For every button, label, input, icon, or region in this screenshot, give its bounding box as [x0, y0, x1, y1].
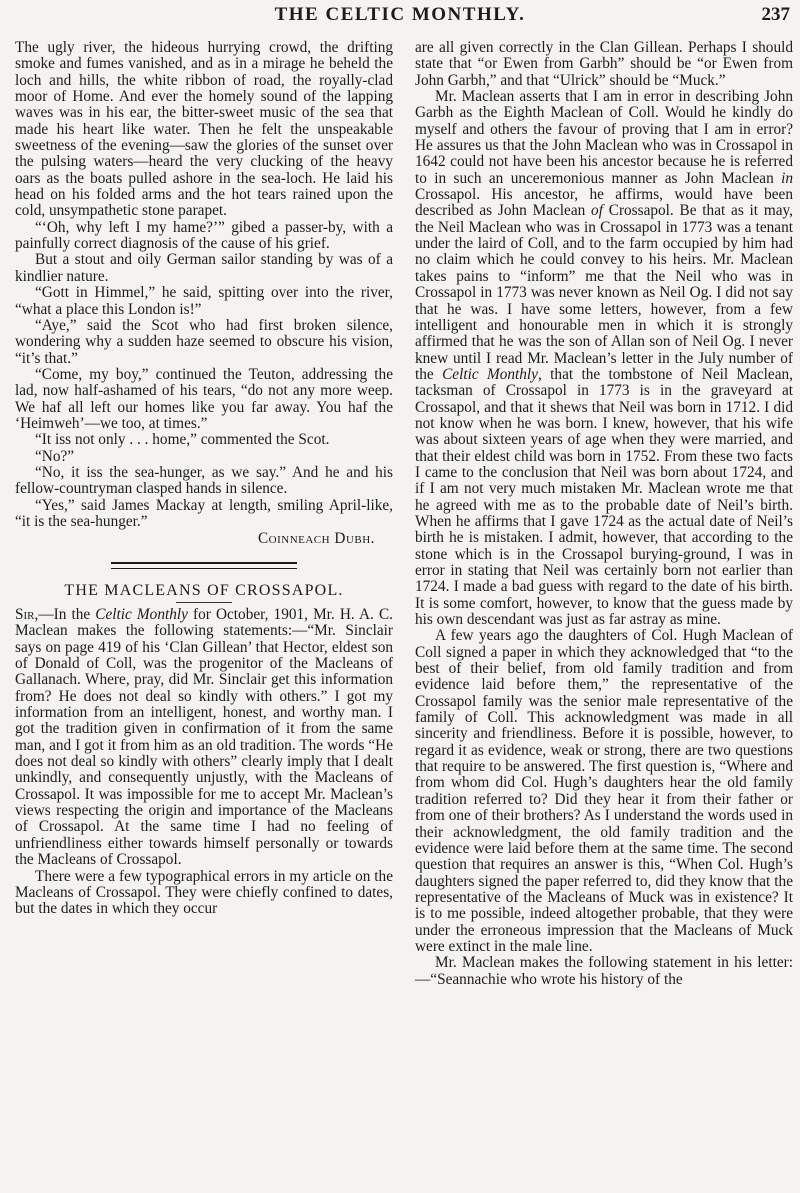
article-paragraph: Mr. Maclean asserts that I am in error i…: [415, 89, 793, 628]
journal-name-italic: Celtic Monthly: [442, 366, 538, 383]
running-head: THE CELTIC MONTHLY. 237: [0, 4, 800, 30]
story-paragraph: “No, it iss the sea-hunger, as we say.” …: [15, 465, 393, 498]
article-paragraph: Sir,—In the Celtic Monthly for October, …: [15, 607, 393, 869]
journal-title: THE CELTIC MONTHLY.: [0, 4, 800, 26]
article-paragraph: There were a few typographical errors in…: [15, 869, 393, 918]
story-paragraph: “Gott in Himmel,” he said, spitting over…: [15, 285, 393, 318]
magazine-page: THE CELTIC MONTHLY. 237 The ugly river, …: [0, 0, 800, 1193]
salutation: Sir,: [15, 606, 38, 623]
article-paragraph: A few years ago the daughters of Col. Hu…: [415, 628, 793, 955]
story-paragraph: “Aye,” said the Scot who had first broke…: [15, 318, 393, 367]
author-signature: Coinneach Dubh.: [15, 531, 393, 547]
left-column: The ugly river, the hideous hurrying cro…: [15, 40, 393, 918]
journal-name-italic: Celtic Monthly: [95, 606, 188, 623]
story-paragraph: “No?”: [15, 449, 393, 465]
page-number: 237: [762, 4, 791, 26]
story-paragraph: But a stout and oily German sailor stand…: [15, 252, 393, 285]
article-title: THE MACLEANS OF CROSSAPOL.: [15, 583, 393, 599]
article-paragraph-continued: are all given correctly in the Clan Gill…: [415, 40, 793, 89]
story-paragraph: “It iss not only . . . home,” commented …: [15, 432, 393, 448]
section-divider: [111, 562, 297, 569]
story-paragraph: “Yes,” said James Mackay at length, smil…: [15, 498, 393, 531]
right-column: are all given correctly in the Clan Gill…: [415, 40, 793, 988]
article-paragraph: Mr. Maclean makes the following statemen…: [415, 955, 793, 988]
title-underline: [176, 602, 232, 603]
story-paragraph: The ugly river, the hideous hurrying cro…: [15, 40, 393, 220]
story-paragraph: “Come, my boy,” continued the Teuton, ad…: [15, 367, 393, 432]
story-paragraph: “‘Oh, why left I my hame?’” gibed a pass…: [15, 220, 393, 253]
